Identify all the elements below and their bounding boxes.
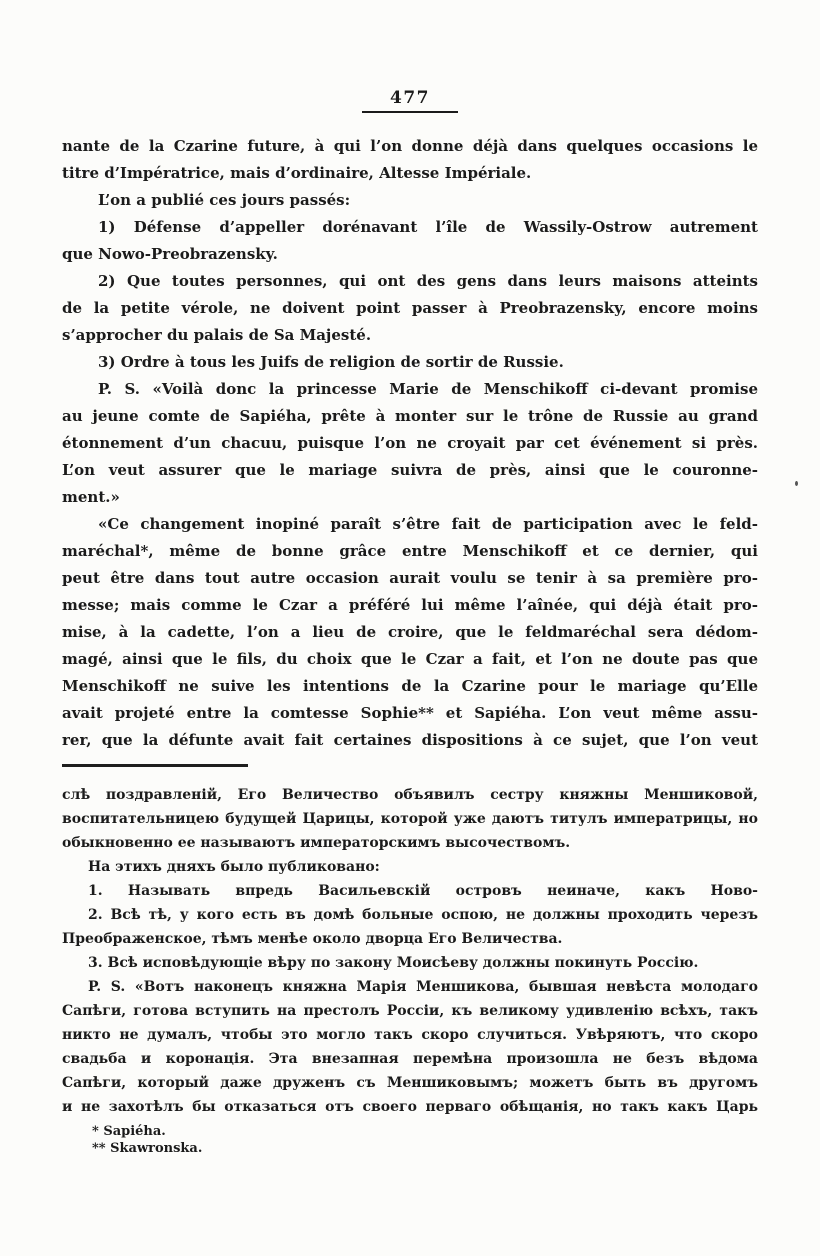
text-line: 3) Ordre à tous les Juifs de religion de… bbox=[62, 349, 758, 376]
text-line: mise, à la cadette, l’on a lieu de croir… bbox=[62, 619, 758, 646]
text-line: 3. Всѣ исповѣдующіе вѣру по закону Моисѣ… bbox=[62, 951, 758, 975]
text-line: Menschikoff ne suive les intentions de l… bbox=[62, 673, 758, 700]
footnote-separator-rule bbox=[62, 764, 248, 767]
text-line: Сапѣги, который даже друженъ съ Меншиков… bbox=[62, 1071, 758, 1095]
text-line: P. S. «Voilà donc la princesse Marie de … bbox=[62, 376, 758, 403]
footnote-item: * Sapiéha. bbox=[62, 1123, 758, 1140]
footnote-text-russian: слѣ поздравленій, Его Величество объявил… bbox=[62, 783, 758, 1119]
text-line: au jeune comte de Sapiéha, prête à monte… bbox=[62, 403, 758, 430]
text-line: nante de la Czarine future, à qui l’on d… bbox=[62, 133, 758, 160]
text-line: messe; mais comme le Czar a préféré lui … bbox=[62, 592, 758, 619]
text-line: P. S. «Вотъ наконецъ княжна Марія Меншик… bbox=[62, 975, 758, 999]
text-line: свадьба и коронація. Эта внезапная перем… bbox=[62, 1047, 758, 1071]
text-line: L’on veut assurer que le mariage suivra … bbox=[62, 457, 758, 484]
text-line: ment.» bbox=[62, 484, 758, 511]
text-line: Преображенское, тѣмъ менѣе около дворца … bbox=[62, 927, 758, 951]
text-line: и не захотѣлъ бы отказаться отъ своего п… bbox=[62, 1095, 758, 1119]
footnote-item: ** Skawronska. bbox=[62, 1140, 758, 1157]
text-line: 2. Всѣ тѣ, у кого есть въ домѣ больные о… bbox=[62, 903, 758, 927]
text-line: 2) Que toutes personnes, qui ont des gen… bbox=[62, 268, 758, 295]
text-line: avait projeté entre la comtesse Sophie**… bbox=[62, 700, 758, 727]
text-line: 1) Défense d’appeller dorénavant l’île d… bbox=[62, 214, 758, 241]
main-text-french: nante de la Czarine future, à qui l’on d… bbox=[62, 133, 758, 754]
text-line: «Ce changement inopiné paraît s’être fai… bbox=[62, 511, 758, 538]
text-line: rer, que la défunte avait fait certaines… bbox=[62, 727, 758, 754]
text-line: titre d’Impératrice, mais d’ordinaire, A… bbox=[62, 160, 758, 187]
text-line: de la petite vérole, ne doivent point pa… bbox=[62, 295, 758, 322]
text-line: слѣ поздравленій, Его Величество объявил… bbox=[62, 783, 758, 807]
text-line: maréchal*, même de bonne grâce entre Men… bbox=[62, 538, 758, 565]
page-header: 477 bbox=[0, 0, 820, 113]
text-line: magé, ainsi que le fils, du choix que le… bbox=[62, 646, 758, 673]
text-line: Сапѣги, готова вступить на престолъ Росс… bbox=[62, 999, 758, 1023]
text-line: étonnement d’un chacuu, puisque l’on ne … bbox=[62, 430, 758, 457]
text-line: обыкновенно ее называютъ императорскимъ … bbox=[62, 831, 758, 855]
text-line: que Nowo-Preobrazensky. bbox=[62, 241, 758, 268]
translator-footnotes: * Sapiéha. ** Skawronska. bbox=[62, 1123, 758, 1157]
book-page: 477 nante de la Czarine future, à qui l’… bbox=[0, 0, 820, 1256]
text-line: peut être dans tout autre occasion aurai… bbox=[62, 565, 758, 592]
text-line: s’approcher du palais de Sa Majesté. bbox=[62, 322, 758, 349]
text-line: воспитательницею будущей Царицы, которой… bbox=[62, 807, 758, 831]
text-line: На этихъ дняхъ было публиковано: bbox=[62, 855, 758, 879]
text-line: L’on a publié ces jours passés: bbox=[62, 187, 758, 214]
page-number: 477 bbox=[362, 88, 458, 113]
ink-speck bbox=[795, 481, 798, 486]
text-line: никто не думалъ, чтобы это могло такъ ск… bbox=[62, 1023, 758, 1047]
text-line: 1. Называть впредь Васильевскій островъ … bbox=[62, 879, 758, 903]
